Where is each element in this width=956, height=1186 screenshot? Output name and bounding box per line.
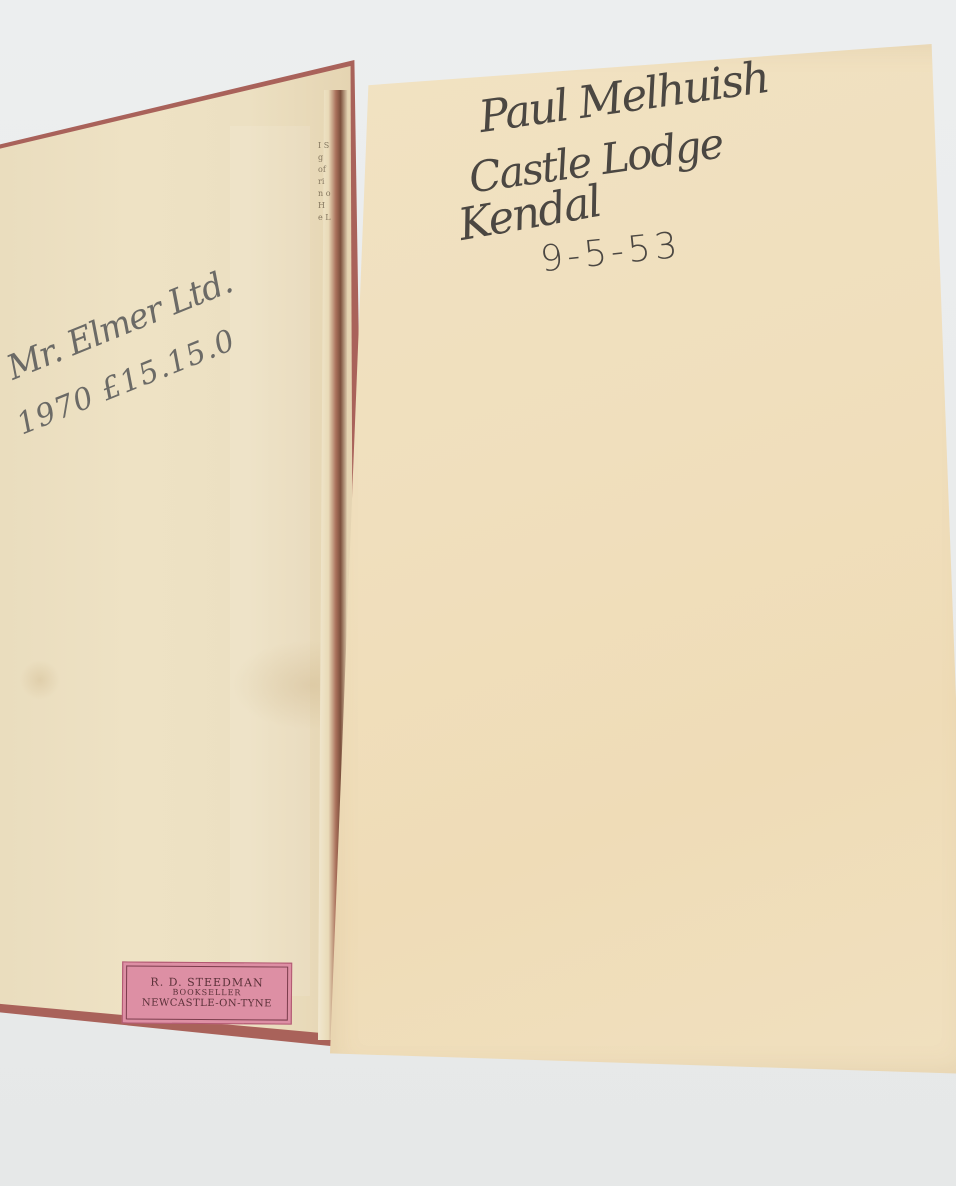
foxing-spot	[20, 660, 60, 700]
free-endpaper	[330, 44, 956, 1074]
book-photo: I S g of ri n o H e L Paul Melhuish Cast…	[0, 0, 956, 1186]
spine-fragment-text: I S g of ri n o H e L	[318, 140, 332, 224]
offset-shadow	[230, 126, 310, 996]
bookseller-town: NEWCASTLE-ON-TYNE	[142, 997, 272, 1009]
front-pastedown	[0, 66, 362, 1036]
bookseller-label: R. D. STEEDMAN BOOKSELLER NEWCASTLE-ON-T…	[122, 961, 292, 1024]
